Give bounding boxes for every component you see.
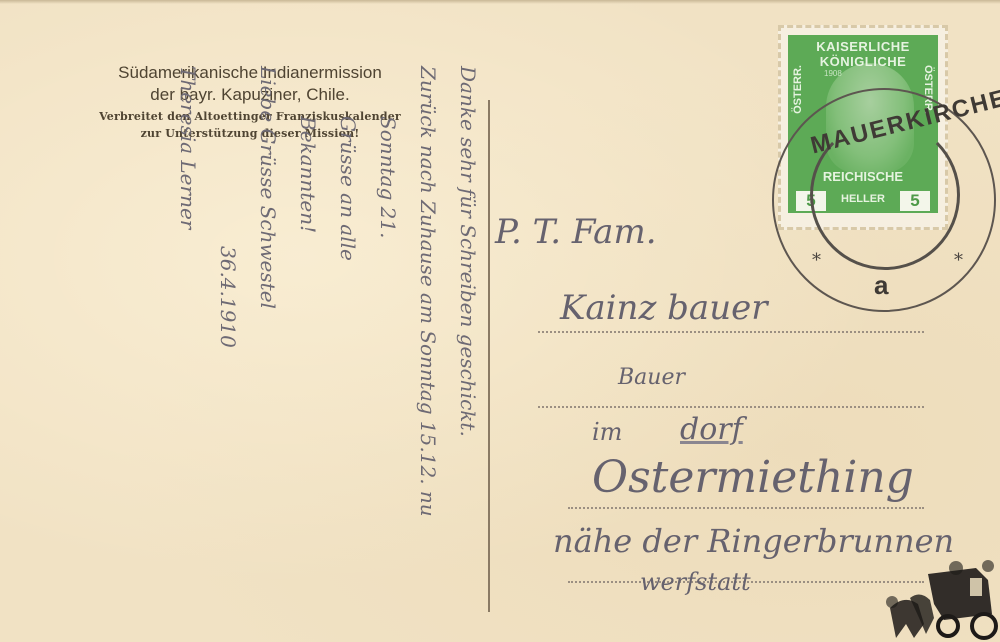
postmark-star-icon: *: [812, 250, 821, 271]
stamp-left-text: ÖSTERR.: [792, 65, 804, 114]
message-line: Danke sehr für Schreiben geschickt.: [448, 66, 488, 626]
postmark-star-icon: *: [954, 250, 963, 271]
postmark: MAUERKIRCHEN * * a: [772, 88, 996, 312]
postcard: Südamerikanische Indianermission der bay…: [0, 0, 1000, 642]
address-dotted-line: [538, 406, 924, 408]
address-line-4-prefix: im: [592, 418, 622, 446]
handwritten-message: Danke sehr für Schreiben geschickt. Zurü…: [78, 66, 488, 626]
address-line-3: Bauer: [618, 365, 685, 390]
address-line-5: Ostermiething: [592, 452, 914, 503]
center-divider: [488, 100, 490, 612]
address-line-2: Kainz bauer: [560, 288, 767, 328]
message-line: Liebe Grüsse Schwestel: [248, 66, 288, 626]
message-line: Bekannten!: [288, 66, 328, 626]
postmark-code: a: [874, 270, 888, 301]
stamp-top-text: KAISERLICHE KÖNIGLICHE: [788, 39, 938, 69]
message-line: Grüsse an alle: [328, 66, 368, 626]
address-dotted-line: [568, 507, 924, 509]
message-line: Zurück nach Zuhause am Sonntag 15.12. nu: [408, 66, 448, 626]
address-line-1: P. T. Fam.: [495, 212, 657, 252]
address-dotted-line: [538, 331, 924, 333]
stamp-year: 1908: [824, 69, 842, 78]
carriage-emblem-icon: [884, 554, 1000, 642]
address-line-7: werfstatt: [640, 568, 751, 596]
address-line-4: dorf: [680, 412, 743, 447]
message-signature: Theresia Lerner: [168, 66, 208, 626]
message-line: Sonntag 21.: [368, 66, 408, 626]
message-date: 36.4.1910: [208, 66, 248, 626]
